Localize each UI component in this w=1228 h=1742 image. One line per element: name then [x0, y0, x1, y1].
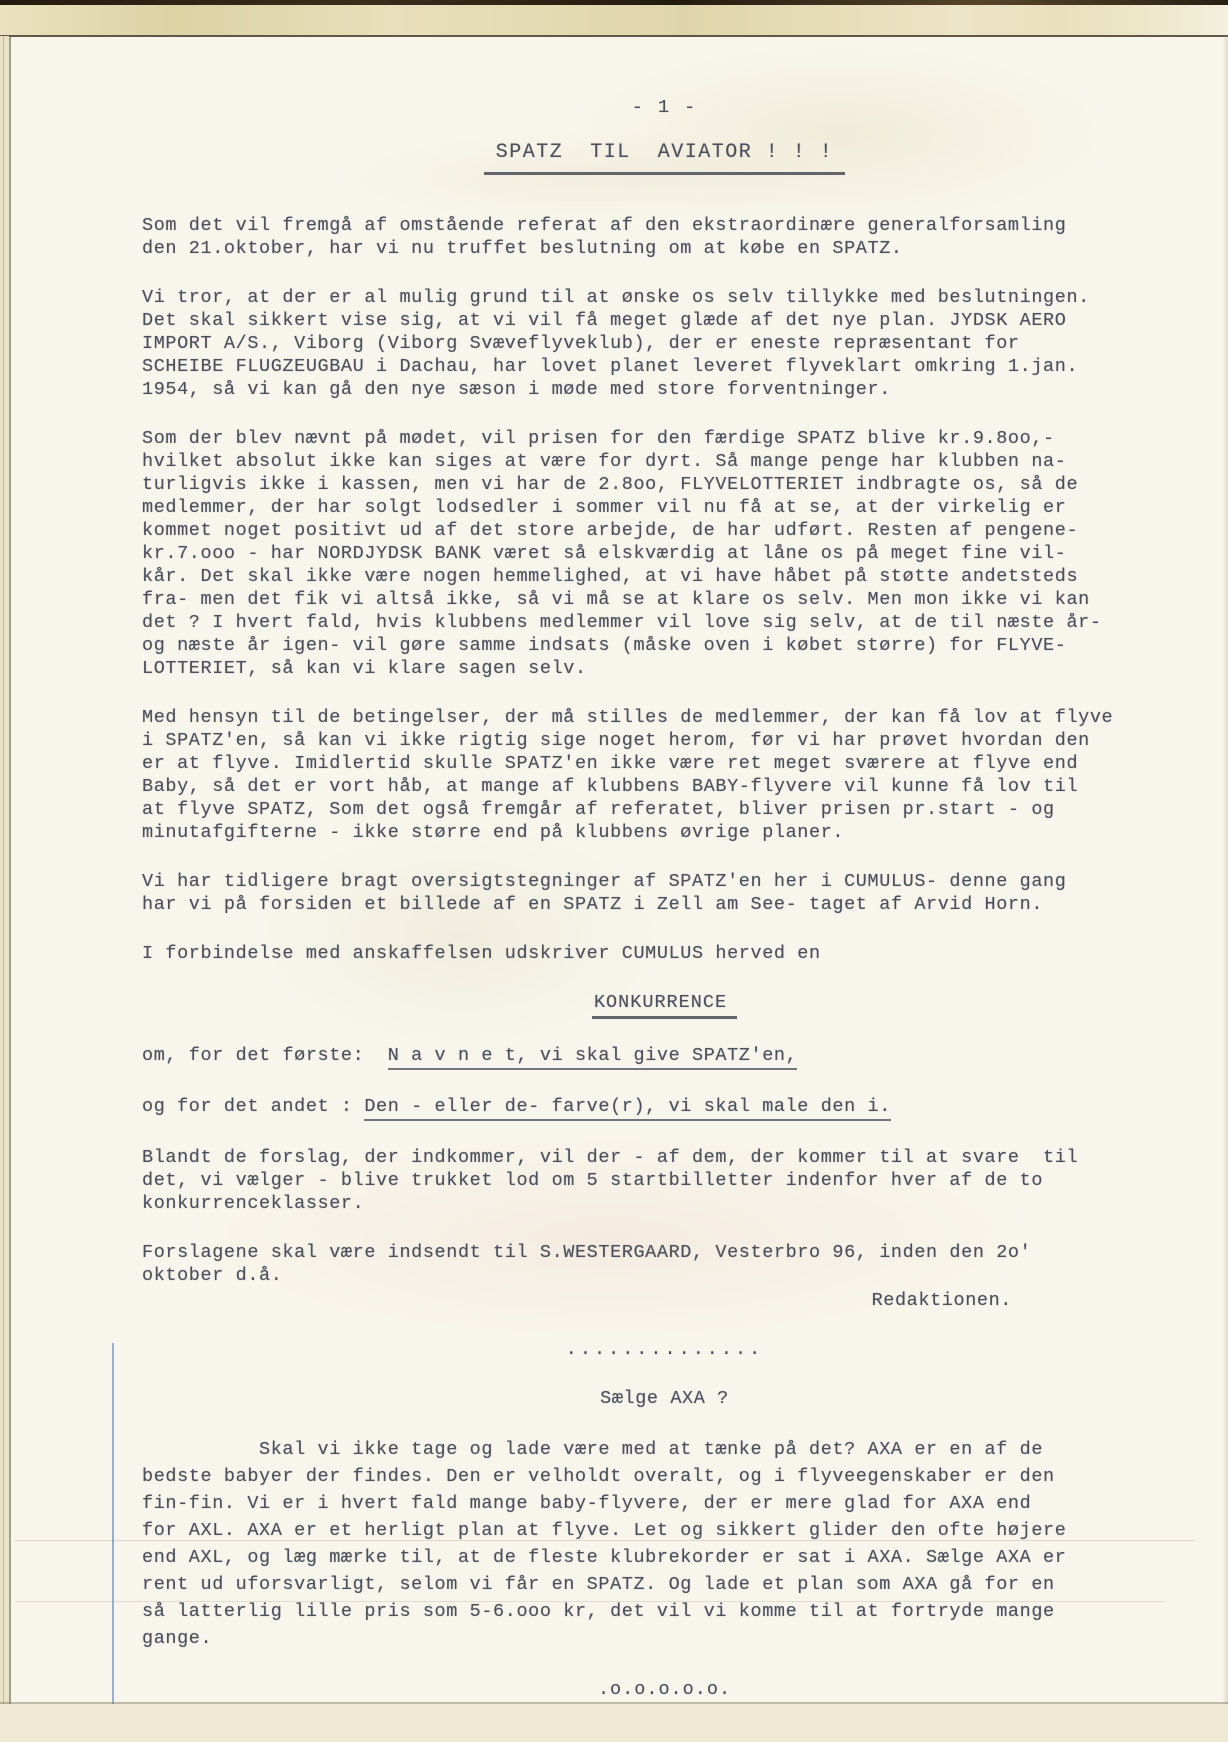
text-line: I forbindelse med anskaffelsen udskriver…	[142, 942, 1187, 965]
text-line: i SPATZ'en, så kan vi ikke rigtig sige n…	[142, 729, 1187, 752]
text-line: Med hensyn til de betingelser, der må st…	[142, 706, 1187, 729]
scan-top-corner	[1058, 5, 1228, 35]
text-line: turligvis ikke i kassen, men vi har de 2…	[142, 473, 1187, 496]
text-line: den 21.oktober, har vi nu truffet beslut…	[142, 237, 1187, 260]
text-line: hvilket absolut ikke kan siges at være f…	[142, 450, 1187, 473]
text-line: end AXL, og læg mærke til, at de fleste …	[142, 1544, 1187, 1571]
text-line: SCHEIBE FLUGZEUGBAU i Dachau, har lovet …	[142, 355, 1187, 378]
text-line: kommet noget positivt ud af det store ar…	[142, 519, 1187, 542]
separator: ..............	[142, 1338, 1187, 1361]
paragraph: Blandt de forslag, der indkommer, vil de…	[142, 1146, 1187, 1215]
text-line: Vi tror, at der er al mulig grund til at…	[142, 286, 1187, 309]
paragraph: Som det vil fremgå af omstående referat …	[142, 214, 1187, 260]
scanned-page: - 1 - SPATZ TIL AVIATOR ! ! ! Som det vi…	[0, 0, 1228, 1742]
paragraph: I forbindelse med anskaffelsen udskriver…	[142, 942, 1187, 965]
blue-margin-line	[112, 1343, 114, 1742]
text-line: IMPORT A/S., Viborg (Viborg Svæveflyvekl…	[142, 332, 1187, 355]
page-number: - 1 -	[142, 96, 1187, 119]
footer: .o.o.o.o.o.	[142, 1678, 1187, 1701]
text-line: konkurrenceklasser.	[142, 1192, 1187, 1215]
text-line: har vi på forsiden et billede af en SPAT…	[142, 893, 1187, 916]
text-line: Det skal sikkert vise sig, at vi vil få …	[142, 309, 1187, 332]
signature: Redaktionen.	[142, 1289, 1187, 1312]
text-line: minutafgifterne - ikke større end på klu…	[142, 821, 1187, 844]
text-line: Skal vi ikke tage og lade være med at tæ…	[142, 1436, 1187, 1463]
text-line: og næste år igen- vil gøre samme indsats…	[142, 634, 1187, 657]
document-body: Som det vil fremgå af omstående referat …	[142, 214, 1187, 1701]
subheading: Sælge AXA ?	[142, 1387, 1187, 1410]
text-line: rent ud uforsvarligt, selom vi får en SP…	[142, 1571, 1187, 1598]
contest-line-underlined: Den - eller de- farve(r), vi skal male d…	[364, 1096, 891, 1121]
text-line: oktober d.å.	[142, 1264, 1187, 1287]
heading-text: KONKURRENCE	[592, 992, 737, 1019]
heading: KONKURRENCE	[142, 991, 1187, 1014]
scan-left-edge	[0, 36, 9, 1742]
text-line: om, for det første: N a v n e t, vi skal…	[142, 1044, 1187, 1067]
text-line: 1954, så vi kan gå den nye sæson i møde …	[142, 378, 1187, 401]
text-line: og for det andet : Den - eller de- farve…	[142, 1095, 1187, 1118]
document-title: SPATZ TIL AVIATOR ! ! !	[142, 141, 1187, 164]
text-line: gange.	[142, 1625, 1187, 1652]
text-line: det, vi vælger - blive trukket lod om 5 …	[142, 1169, 1187, 1192]
paragraph: Som der blev nævnt på mødet, vil prisen …	[142, 427, 1187, 680]
text-line: det ? I hvert fald, hvis klubbens medlem…	[142, 611, 1187, 634]
text-line: er at flyve. Imidlertid skulle SPATZ'en …	[142, 752, 1187, 775]
scan-left-line	[9, 36, 11, 1742]
text-line: Baby, så det er vort håb, at mange af kl…	[142, 775, 1187, 798]
scan-right-shadow	[1222, 36, 1228, 1742]
title-text: SPATZ TIL AVIATOR ! ! !	[484, 141, 846, 175]
text-line: Forslagene skal være indsendt til S.WEST…	[142, 1241, 1187, 1264]
text-line: at flyve SPATZ, Som det også fremgår af …	[142, 798, 1187, 821]
contest-line-prefix: om, for det første:	[142, 1045, 388, 1066]
contest-line: og for det andet : Den - eller de- farve…	[142, 1095, 1187, 1118]
paragraph: Vi tror, at der er al mulig grund til at…	[142, 286, 1187, 401]
text-line: fin-fin. Vi er i hvert fald mange baby-f…	[142, 1490, 1187, 1517]
contest-line-underlined: N a v n e t, vi skal give SPATZ'en,	[388, 1045, 798, 1070]
text-line: fra- men det fik vi altså ikke, så vi må…	[142, 588, 1187, 611]
text-line: kr.7.ooo - har NORDJYDSK BANK været så e…	[142, 542, 1187, 565]
scan-top-band	[0, 5, 1228, 35]
text-line: LOTTERIET, så kan vi klare sagen selv.	[142, 657, 1187, 680]
text-line: Som det vil fremgå af omstående referat …	[142, 214, 1187, 237]
scan-top-band-line	[0, 35, 1228, 37]
paragraph: Vi har tidligere bragt oversigtstegninge…	[142, 870, 1187, 916]
contest-line: om, for det første: N a v n e t, vi skal…	[142, 1044, 1187, 1067]
contest-line-prefix: og for det andet :	[142, 1096, 364, 1117]
paragraph: Skal vi ikke tage og lade være med at tæ…	[142, 1436, 1187, 1652]
text-line: for AXL. AXA er et herligt plan at flyve…	[142, 1517, 1187, 1544]
document: - 1 - SPATZ TIL AVIATOR ! ! ! Som det vi…	[142, 96, 1187, 1727]
text-line: Blandt de forslag, der indkommer, vil de…	[142, 1146, 1187, 1169]
text-line: medlemmer, der har solgt lodsedler i som…	[142, 496, 1187, 519]
paragraph: Forslagene skal være indsendt til S.WEST…	[142, 1241, 1187, 1287]
scan-left-line-faint	[3, 36, 4, 1742]
paragraph: Med hensyn til de betingelser, der må st…	[142, 706, 1187, 844]
text-line: så latterlig lille pris som 5-6.ooo kr, …	[142, 1598, 1187, 1625]
text-line: Som der blev nævnt på mødet, vil prisen …	[142, 427, 1187, 450]
text-line: kår. Det skal ikke være nogen hemmelighe…	[142, 565, 1187, 588]
text-line: bedste babyer der findes. Den er velhold…	[142, 1463, 1187, 1490]
text-line: Vi har tidligere bragt oversigtstegninge…	[142, 870, 1187, 893]
